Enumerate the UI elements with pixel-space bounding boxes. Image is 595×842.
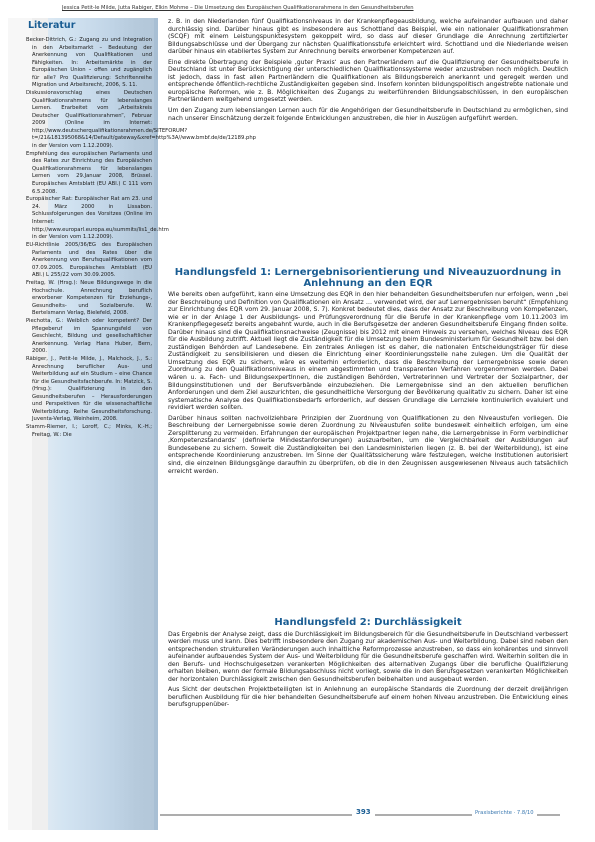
literature-entry: Empfehlung des europäischen Parlaments u… — [26, 151, 152, 196]
section-heading: Handlungsfeld 1: Lernergebnisorientierun… — [168, 268, 568, 289]
literature-entry: Stamm-Riemer, I.; Loroff, C.; Minks, K.-… — [26, 424, 152, 439]
paragraph: Um den Zugang zum lebenslangen Lernen au… — [168, 107, 568, 122]
literature-entry: EU-Richtlinie 2005/36/EG des Europäische… — [26, 242, 152, 280]
literature-entry: Becker-Dittrich, G.: Zugang zu und Integ… — [26, 37, 152, 90]
paragraph: z. B. in den Niederlanden fünf Qualifika… — [168, 18, 568, 56]
page-number: 393 — [352, 808, 375, 816]
literature-entry: Freitag, W. (Hrsg.): Neue Bildungswege i… — [26, 280, 152, 318]
intro-section: z. B. in den Niederlanden fünf Qualifika… — [168, 18, 568, 125]
journal-label: Praxisberichte · 7.8/10 — [472, 810, 537, 816]
paragraph: Wie bereits oben aufgeführt, kann eine U… — [168, 291, 568, 412]
paragraph: Darüber hinaus sollten nachvollziehbare … — [168, 415, 568, 475]
section-heading: Handlungsfeld 2: Durchlässigkeit — [168, 618, 568, 629]
paragraph: Eine direkte Übertragung der Beispiele ‚… — [168, 59, 568, 104]
running-header: Jessica Petit-le Milde, Jutta Rabiger, E… — [62, 5, 592, 12]
literature-entry: Räbiger, J., Petit-le Milde, J., Malchoc… — [26, 356, 152, 424]
literature-entry: Piechotta, G.: Weiblich oder kompetent? … — [26, 318, 152, 356]
paragraph: Aus Sicht der deutschen Projektbeteiligt… — [168, 686, 568, 709]
section-handlungsfeld-2: Handlungsfeld 2: Durchlässigkeit Das Erg… — [168, 608, 568, 712]
literature-entry: Europäischer Rat: Europäischer Rat am 23… — [26, 196, 152, 241]
literature-list: Becker-Dittrich, G.: Zugang zu und Integ… — [26, 37, 152, 440]
literature-title: Literatur — [28, 20, 75, 31]
section-handlungsfeld-1: Handlungsfeld 1: Lernergebnisorientierun… — [168, 258, 568, 478]
paragraph: Das Ergebnis der Analyse zeigt, dass die… — [168, 631, 568, 684]
literature-entry: Diskussionsvorschlag eines Deutschen Qua… — [26, 90, 152, 150]
